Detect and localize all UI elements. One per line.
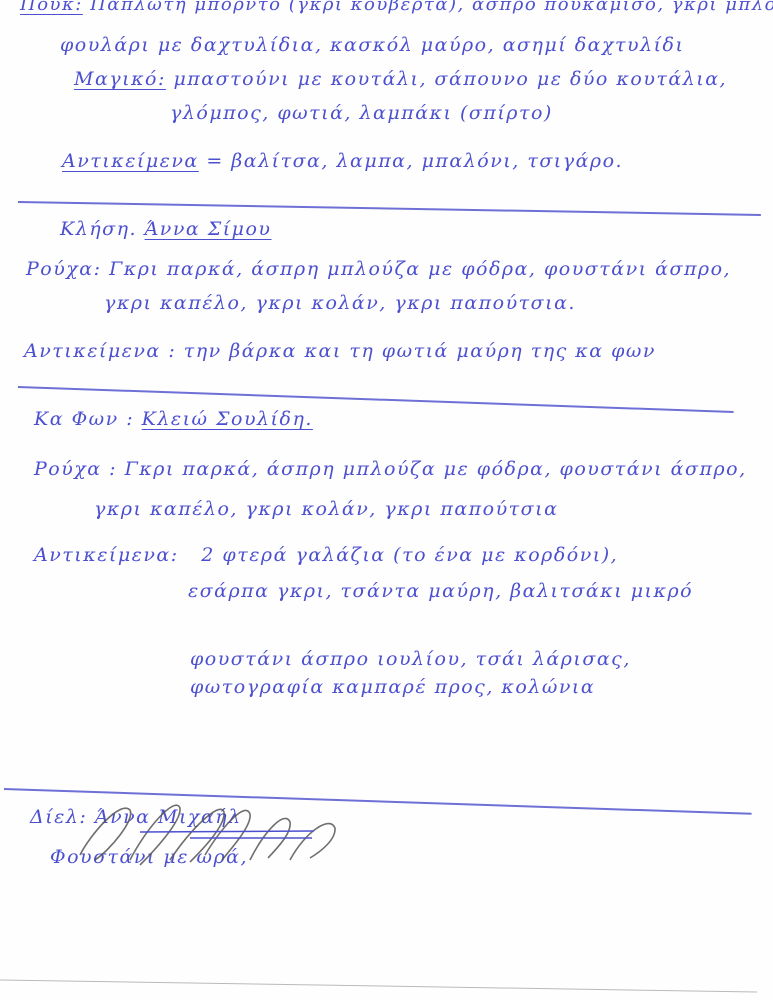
section3-antikeimena2: εσάρπα γκρι, τσάντα μαύρη, βαλιτσάκι μικ… (188, 580, 693, 602)
section3-rouxa2: γκρι καπέλο, γκρι κολάν, γκρι παπούτσια (94, 498, 558, 520)
section2-rouxa2: γκρι καπέλο, γκρι κολάν, γκρι παπούτσια. (104, 292, 576, 314)
divider-1 (18, 201, 761, 215)
section2-rouxa1: Ρούχα: Γκρι παρκά, άσπρη μπλούζα με φόδρ… (26, 258, 731, 280)
section1-antikeimena-text: = βαλίτσα, λαμπα, μπαλόνι, τσιγάρο. (206, 150, 623, 172)
section2-rouxa-label: Ρούχα: (26, 258, 102, 280)
magiko-line1: Μαγικό: μπαστούνι με κουτάλι, σάπουνο με… (74, 68, 727, 90)
section2-title: Κλήση. Άννα Σίμου (60, 218, 271, 240)
section3-antikeimena-label: Αντικείμενα: (34, 544, 179, 566)
section3-rouxa1: Ρούχα : Γκρι παρκά, άσπρη μπλούζα με φόδ… (34, 458, 747, 480)
magiko-label: Μαγικό: (74, 68, 166, 90)
section1-line1-label: Πουκ: (20, 0, 83, 15)
section2-rouxa-text1: Γκρι παρκά, άσπρη μπλούζα με φόδρα, φουσ… (109, 258, 731, 280)
section4-line2: Φουστάνι με ωρά, (50, 846, 248, 868)
section4-value: Άννα Μιχαήλ (95, 806, 242, 828)
section3-label: Κα Φων (34, 408, 119, 430)
section4-label: Δίελ: (30, 806, 87, 828)
section2-antikeimena: Αντικείμενα : την βάρκα και τη φωτιά μαύ… (24, 340, 656, 362)
handwritten-page: Πουκ: Παπλωτή μπορντό (γκρι κουβέρτα), ά… (0, 0, 773, 1000)
section1-line1-text: Παπλωτή μπορντό (γκρι κουβέρτα), άσπρο π… (90, 0, 773, 15)
section2-label: Κλήση. (60, 218, 137, 240)
section1-antikeimena: Αντικείμενα = βαλίτσα, λαμπα, μπαλόνι, τ… (62, 150, 623, 172)
section2-value: Άννα Σίμου (145, 218, 272, 240)
section3-rouxa-label: Ρούχα (34, 458, 102, 480)
magiko-text1: μπαστούνι με κουτάλι, σάπουνο με δύο κου… (173, 68, 727, 90)
section3-antikeimena4: φωτογραφία καμπαρέ προς, κολώνια (190, 676, 595, 698)
magiko-line2: γλόμπος, φωτιά, λαμπάκι (σπίρτο) (170, 102, 553, 124)
section2-antikeimena-text: : την βάρκα και τη φωτιά μαύρη της κα φω… (168, 340, 656, 362)
section3-value: Κλειώ Σουλίδη. (142, 408, 313, 430)
section3-antikeimena-text1: 2 φτερά γαλάζια (το ένα με κορδόνι), (201, 544, 618, 566)
section3-antikeimena3: φουστάνι άσπρο ιουλίου, τσάι λάρισας, (190, 648, 631, 670)
section3-antikeimena1: Αντικείμενα: 2 φτερά γαλάζια (το ένα με … (34, 544, 618, 566)
section1-line2: φουλάρι με δαχτυλίδια, κασκόλ μαύρο, αση… (60, 34, 684, 56)
section2-antikeimena-label: Αντικείμενα (24, 340, 161, 362)
section1-line1: Πουκ: Παπλωτή μπορντό (γκρι κουβέρτα), ά… (20, 0, 773, 15)
section1-antikeimena-label: Αντικείμενα (62, 150, 199, 172)
section3-title: Κα Φων : Κλειώ Σουλίδη. (34, 408, 313, 430)
section4-title: Δίελ: Άννα Μιχαήλ (30, 806, 242, 828)
section3-rouxa-text1: : Γκρι παρκά, άσπρη μπλούζα με φόδρα, φο… (109, 458, 746, 480)
